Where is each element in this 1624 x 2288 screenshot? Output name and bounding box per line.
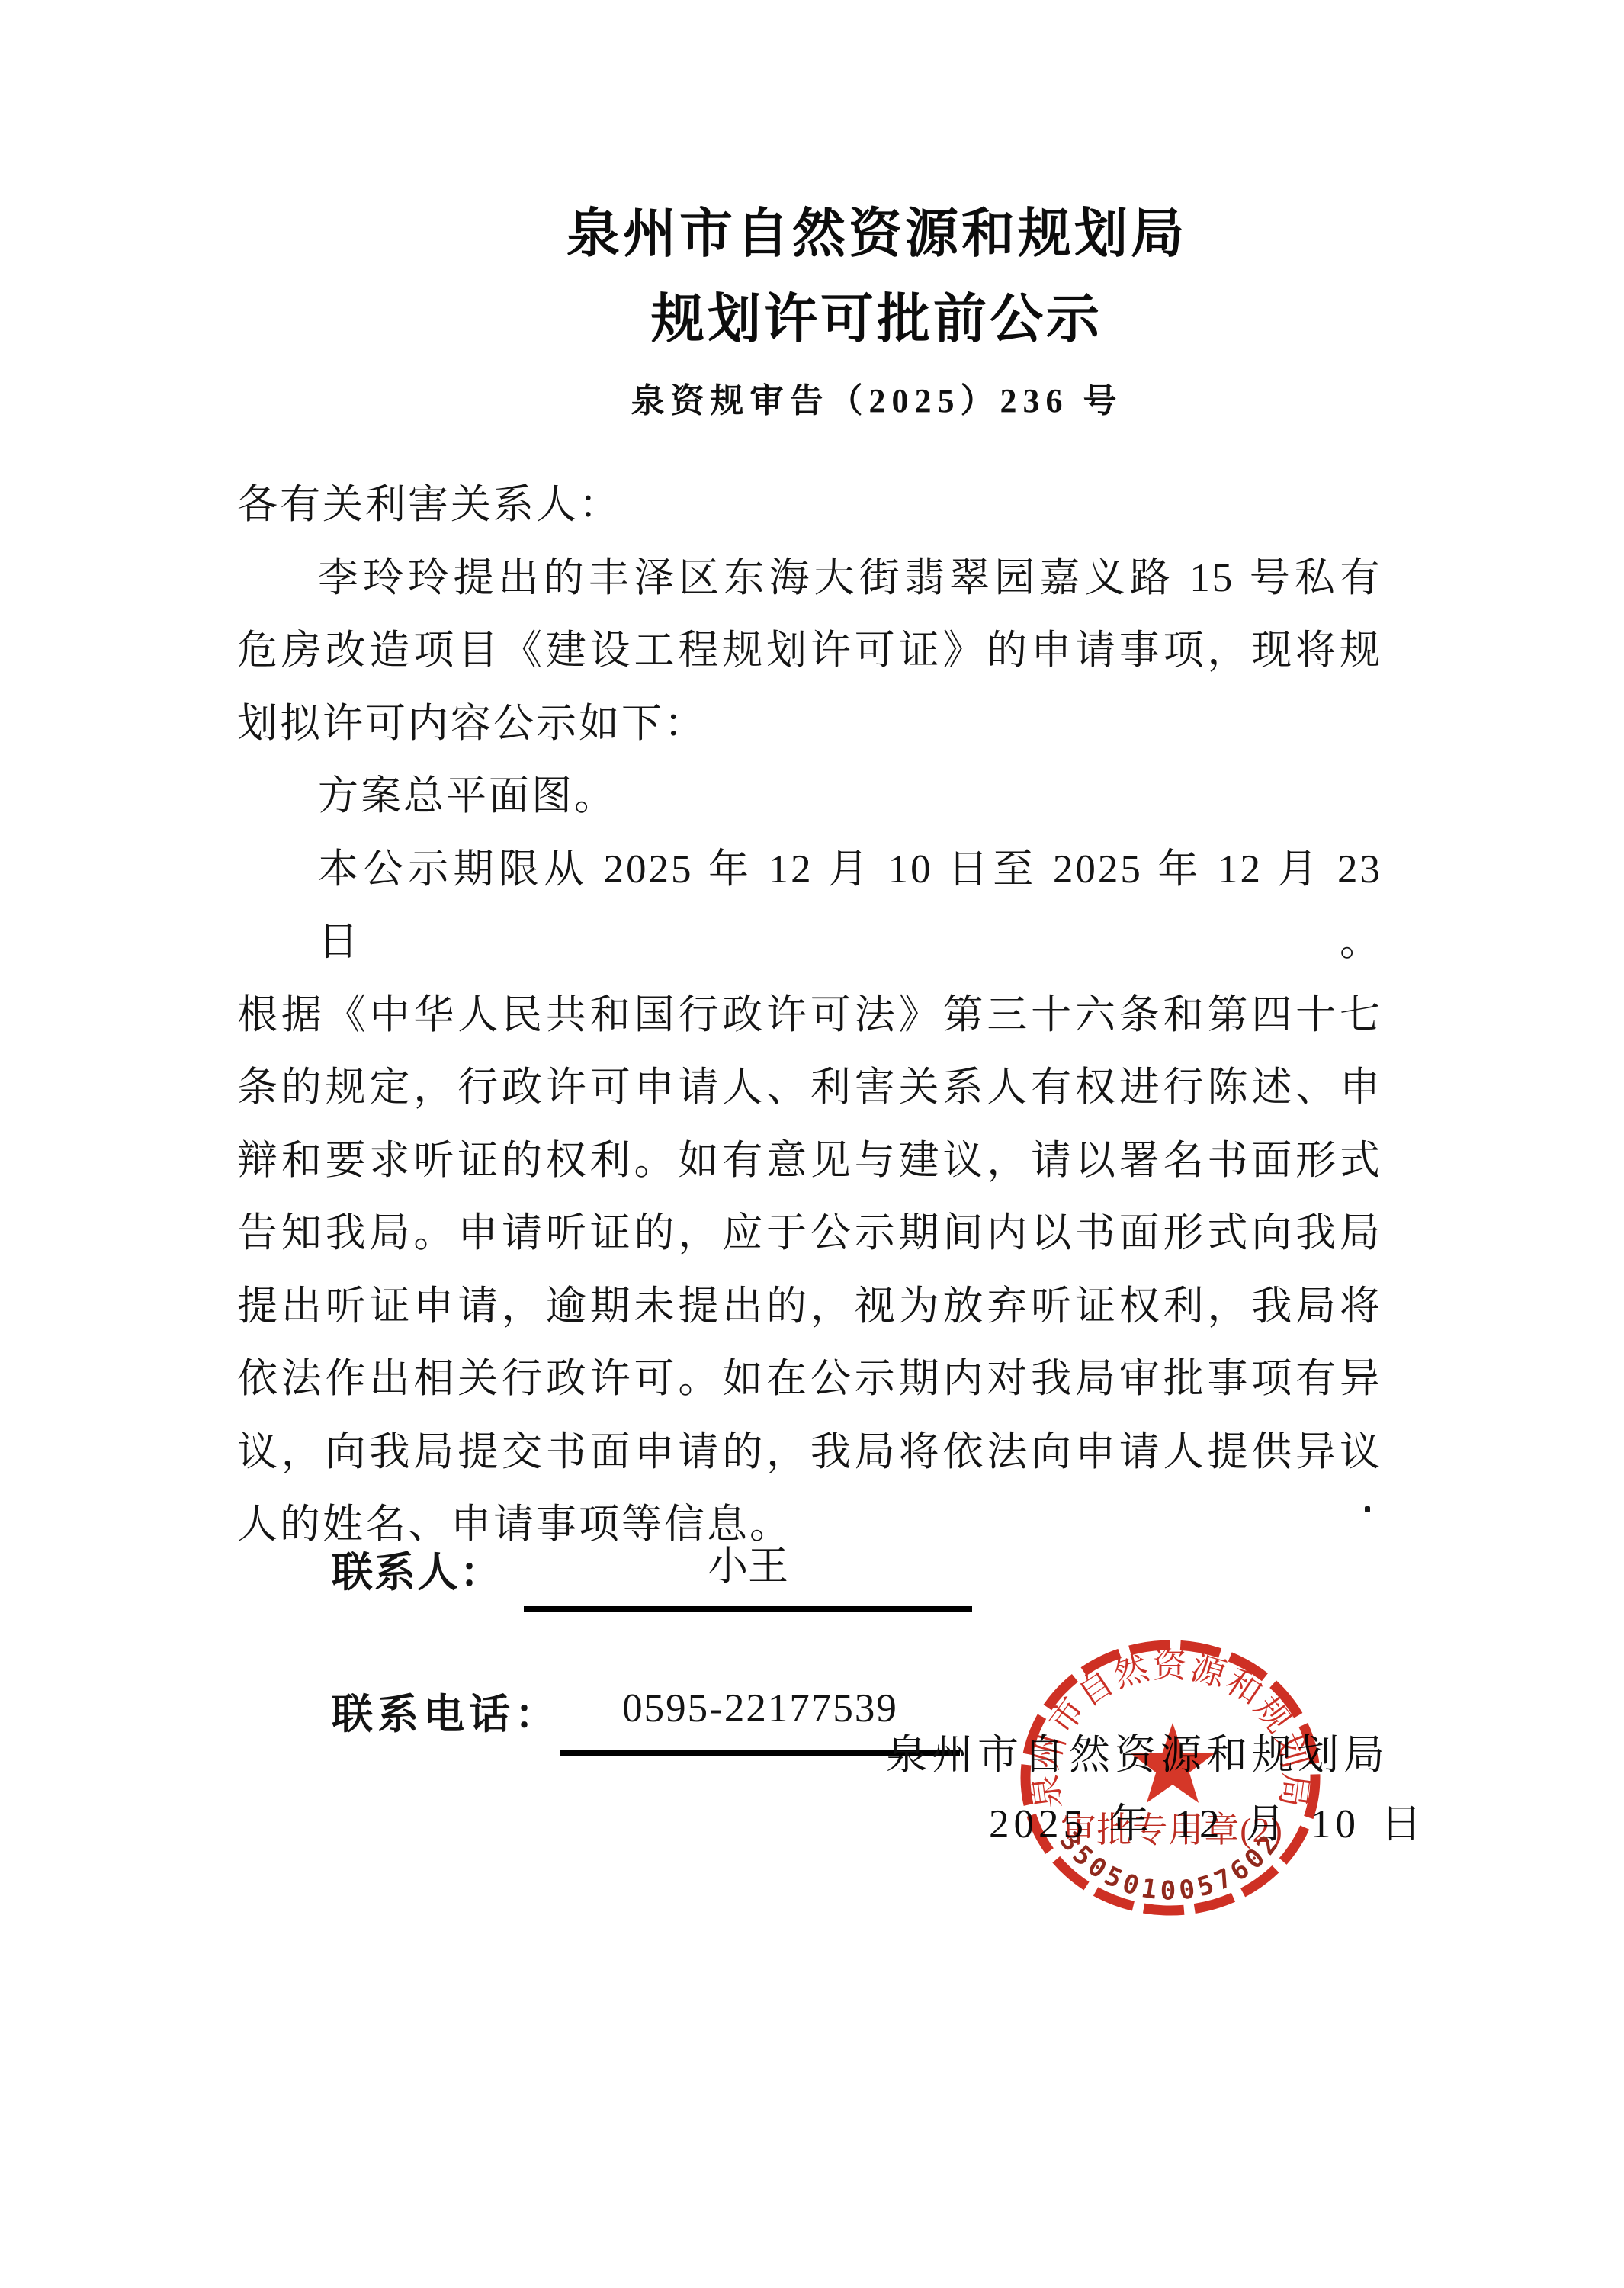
body-line: 本公示期限从 2025 年 12 月 10 日至 2025 年 12 月 23 …: [237, 834, 1382, 979]
contact-phone-label: 联系电话：: [332, 1673, 560, 1756]
contact-person-row: 联系人：小王: [332, 1527, 972, 1612]
body-line: 条的规定，行政许可申请人、利害关系人有权进行陈述、申: [237, 1052, 1382, 1125]
notice-title: 规划许可批前公示: [130, 290, 1624, 351]
body-line: 告知我局。申请听证的，应于公示期间内以书面形式向我局: [237, 1197, 1382, 1271]
body-line: 各有关利害关系人：: [237, 469, 1382, 542]
body-line: 方案总平面图。: [237, 760, 1382, 834]
body-line: 李玲玲提出的丰泽区东海大街翡翠园嘉义路 15 号私有: [237, 542, 1382, 615]
body-line: 根据《中华人民共和国行政许可法》第三十六条和第四十七: [237, 979, 1382, 1052]
official-seal: 泉州市自然资源和规划局 审批专用章(2) 3505010057602: [1003, 1625, 1338, 1930]
body-line: 划拟许可内容公示如下：: [237, 688, 1382, 761]
star-icon: [1131, 1723, 1215, 1803]
body-line: 依法作出相关行政许可。如在公示期内对我局审批事项有异: [237, 1343, 1382, 1416]
contact-person-label: 联系人：: [332, 1533, 502, 1612]
body-line: 提出听证申请，逾期未提出的，视为放弃听证权利，我局将: [237, 1271, 1382, 1344]
document-number: 泉资规审告（2025）236 号: [130, 381, 1624, 421]
seal-ring-text: 泉州市自然资源和规划局: [1025, 1647, 1314, 1811]
contact-person-field: 小王: [524, 1527, 972, 1612]
notice-body: 各有关利害关系人： 李玲玲提出的丰泽区东海大街翡翠园嘉义路 15 号私有 危房改…: [237, 469, 1382, 1562]
contact-phone-row: 联系电话：0595-22177539: [332, 1667, 960, 1756]
body-line: 危房改造项目《建设工程规划许可证》的申请事项，现将规: [237, 615, 1382, 688]
scan-speck: [1365, 1506, 1370, 1512]
agency-title: 泉州市自然资源和规划局: [130, 204, 1624, 265]
seal-ring-text-holder: 泉州市自然资源和规划局: [1025, 1647, 1314, 1811]
body-line: 辩和要求听证的权利。如有意见与建议，请以署名书面形式: [237, 1125, 1382, 1198]
document-header: 泉州市自然资源和规划局 规划许可批前公示 泉资规审告（2025）236 号: [0, 204, 1624, 421]
body-line: 议，向我局提交书面申请的，我局将依法向申请人提供异议: [237, 1416, 1382, 1489]
notice-document-page: 泉州市自然资源和规划局 规划许可批前公示 泉资规审告（2025）236 号 各有…: [0, 0, 1624, 2288]
